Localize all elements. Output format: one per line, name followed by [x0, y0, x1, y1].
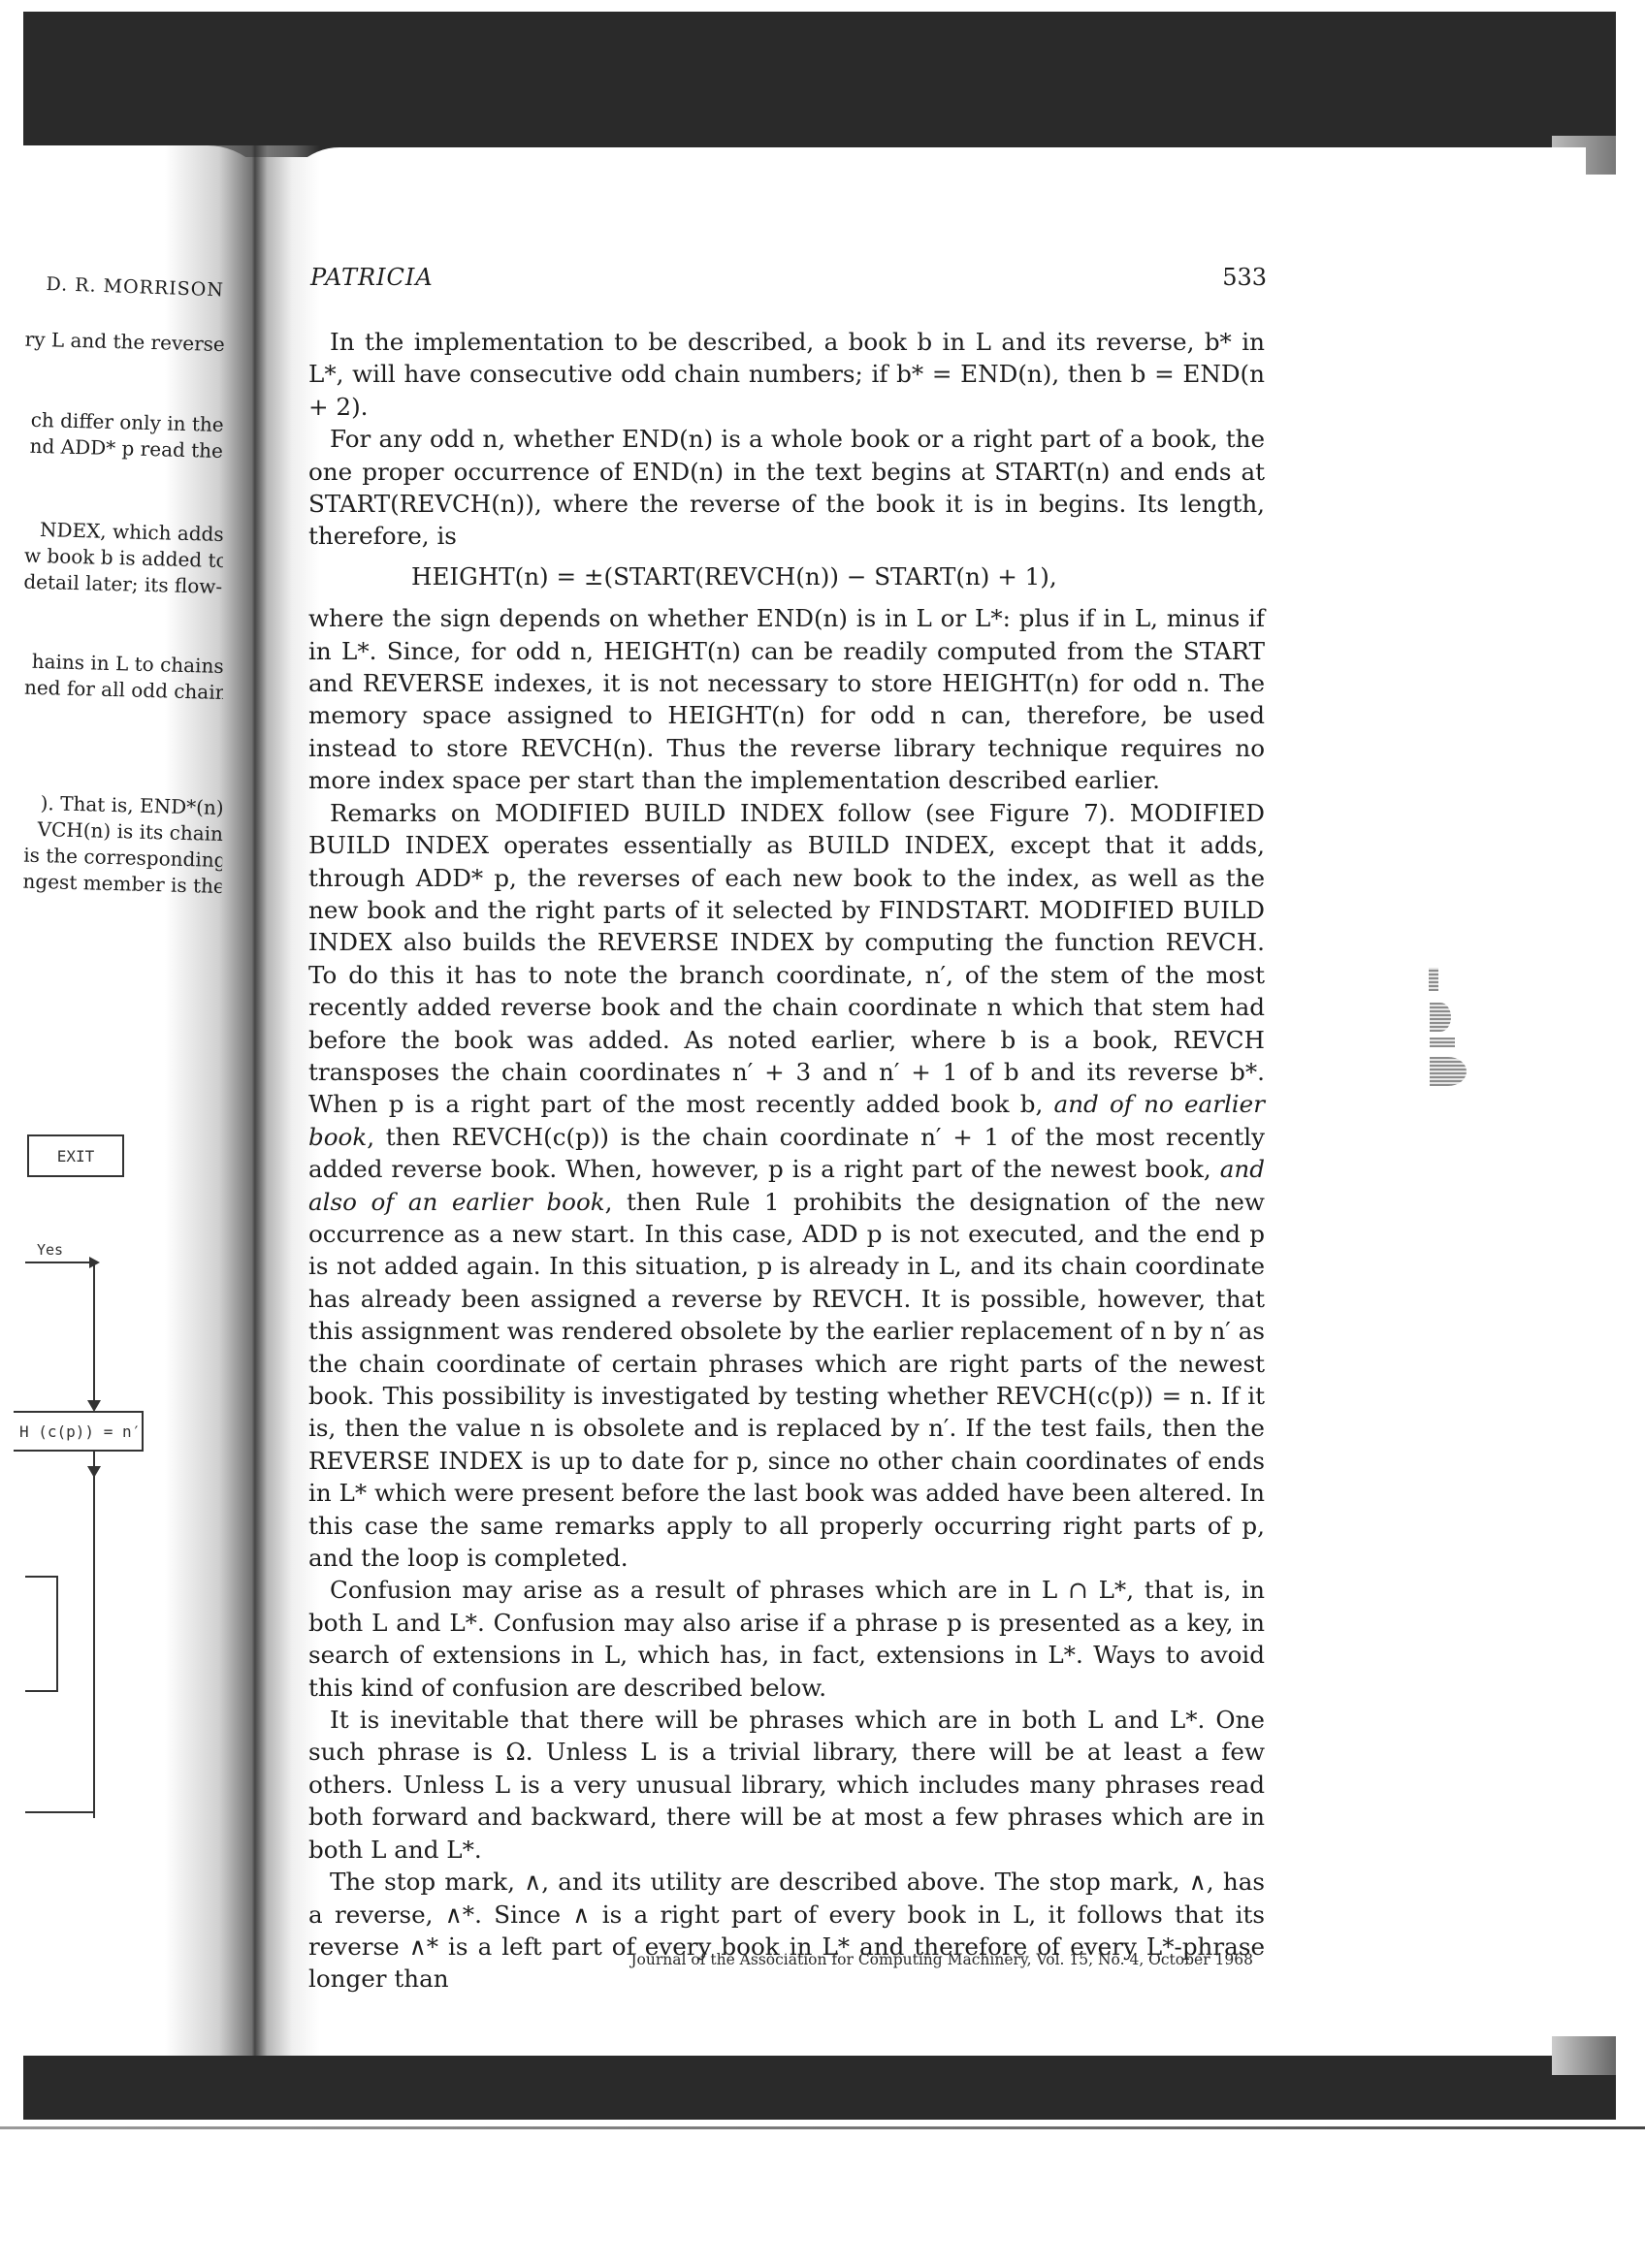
flowchart-box-edge	[56, 1576, 58, 1692]
exit-label: EXIT	[57, 1147, 95, 1166]
body-text: In the implementation to be described, a…	[308, 326, 1265, 1996]
page-number: 533	[1222, 264, 1267, 291]
paragraph: For any odd n, whether END(n) is a whole…	[308, 423, 1265, 553]
text-run: Remarks on MODIFIED BUILD INDEX follow (…	[308, 799, 1265, 1119]
text-line: ry L and the reverse	[24, 327, 224, 358]
left-text-fragment: NDEX, which adds w book b is added to de…	[23, 517, 224, 600]
text-line: detail later; its flow-	[23, 569, 223, 600]
flowchart-exit-box: EXIT	[27, 1134, 124, 1177]
flow-connector	[25, 1811, 95, 1813]
scan-artifact	[1430, 1003, 1451, 1032]
revch-box-label: H (c(p)) = n′	[19, 1422, 141, 1441]
scan-artifact	[1429, 968, 1438, 991]
running-head-title: PATRICIA	[310, 264, 434, 291]
left-text-fragment: ch differ only in the nd ADD* p read the	[24, 407, 224, 464]
text-line: ned for all odd chain	[24, 675, 224, 706]
running-head: PATRICIA 533	[310, 264, 1267, 291]
scanner-edge-line	[0, 2126, 1645, 2129]
scan-artifact	[1430, 1038, 1455, 1047]
scan-top-band	[23, 12, 1616, 157]
yes-label: Yes	[37, 1241, 63, 1259]
paragraph: In the implementation to be described, a…	[308, 326, 1265, 423]
text-line: ngest member is the	[22, 869, 222, 900]
left-text-fragment: ). That is, END*(n) VCH(n) is its chain …	[22, 790, 224, 900]
scan-artifact	[1430, 1057, 1467, 1086]
journal-footer: Journal of the Association for Computing…	[568, 1951, 1253, 1968]
paragraph: where the sign depends on whether END(n)…	[308, 602, 1265, 796]
paragraph: It is inevitable that there will be phra…	[308, 1704, 1265, 1866]
flowchart-box-edge	[25, 1690, 58, 1692]
flow-connector	[93, 1262, 95, 1407]
flowchart-box-edge	[25, 1576, 58, 1578]
flowchart-revch-box: H (c(p)) = n′	[14, 1411, 144, 1452]
flow-connector	[25, 1262, 93, 1263]
page-edge-shadow	[1552, 2036, 1616, 2075]
flow-connector	[93, 1450, 95, 1818]
text-run: , then Rule 1 prohibits the designation …	[308, 1188, 1265, 1572]
equation-height: HEIGHT(n) = ±(START(REVCH(n)) − START(n)…	[308, 560, 1265, 592]
left-text-fragment: hains in L to chains ned for all odd cha…	[24, 649, 224, 706]
text-run: , then REVCH(c(p)) is the chain coordina…	[308, 1123, 1265, 1183]
paragraph: The stop mark, ∧, and its utility are de…	[308, 1866, 1265, 1996]
arrow-down-icon	[87, 1466, 101, 1478]
scan-bottom-band	[23, 2056, 1616, 2120]
left-text-fragment: ry L and the reverse	[24, 327, 224, 358]
paragraph-modified-build-index: Remarks on MODIFIED BUILD INDEX follow (…	[308, 797, 1265, 1575]
text-line: nd ADD* p read the	[24, 433, 224, 464]
paragraph: Confusion may arise as a result of phras…	[308, 1574, 1265, 1704]
